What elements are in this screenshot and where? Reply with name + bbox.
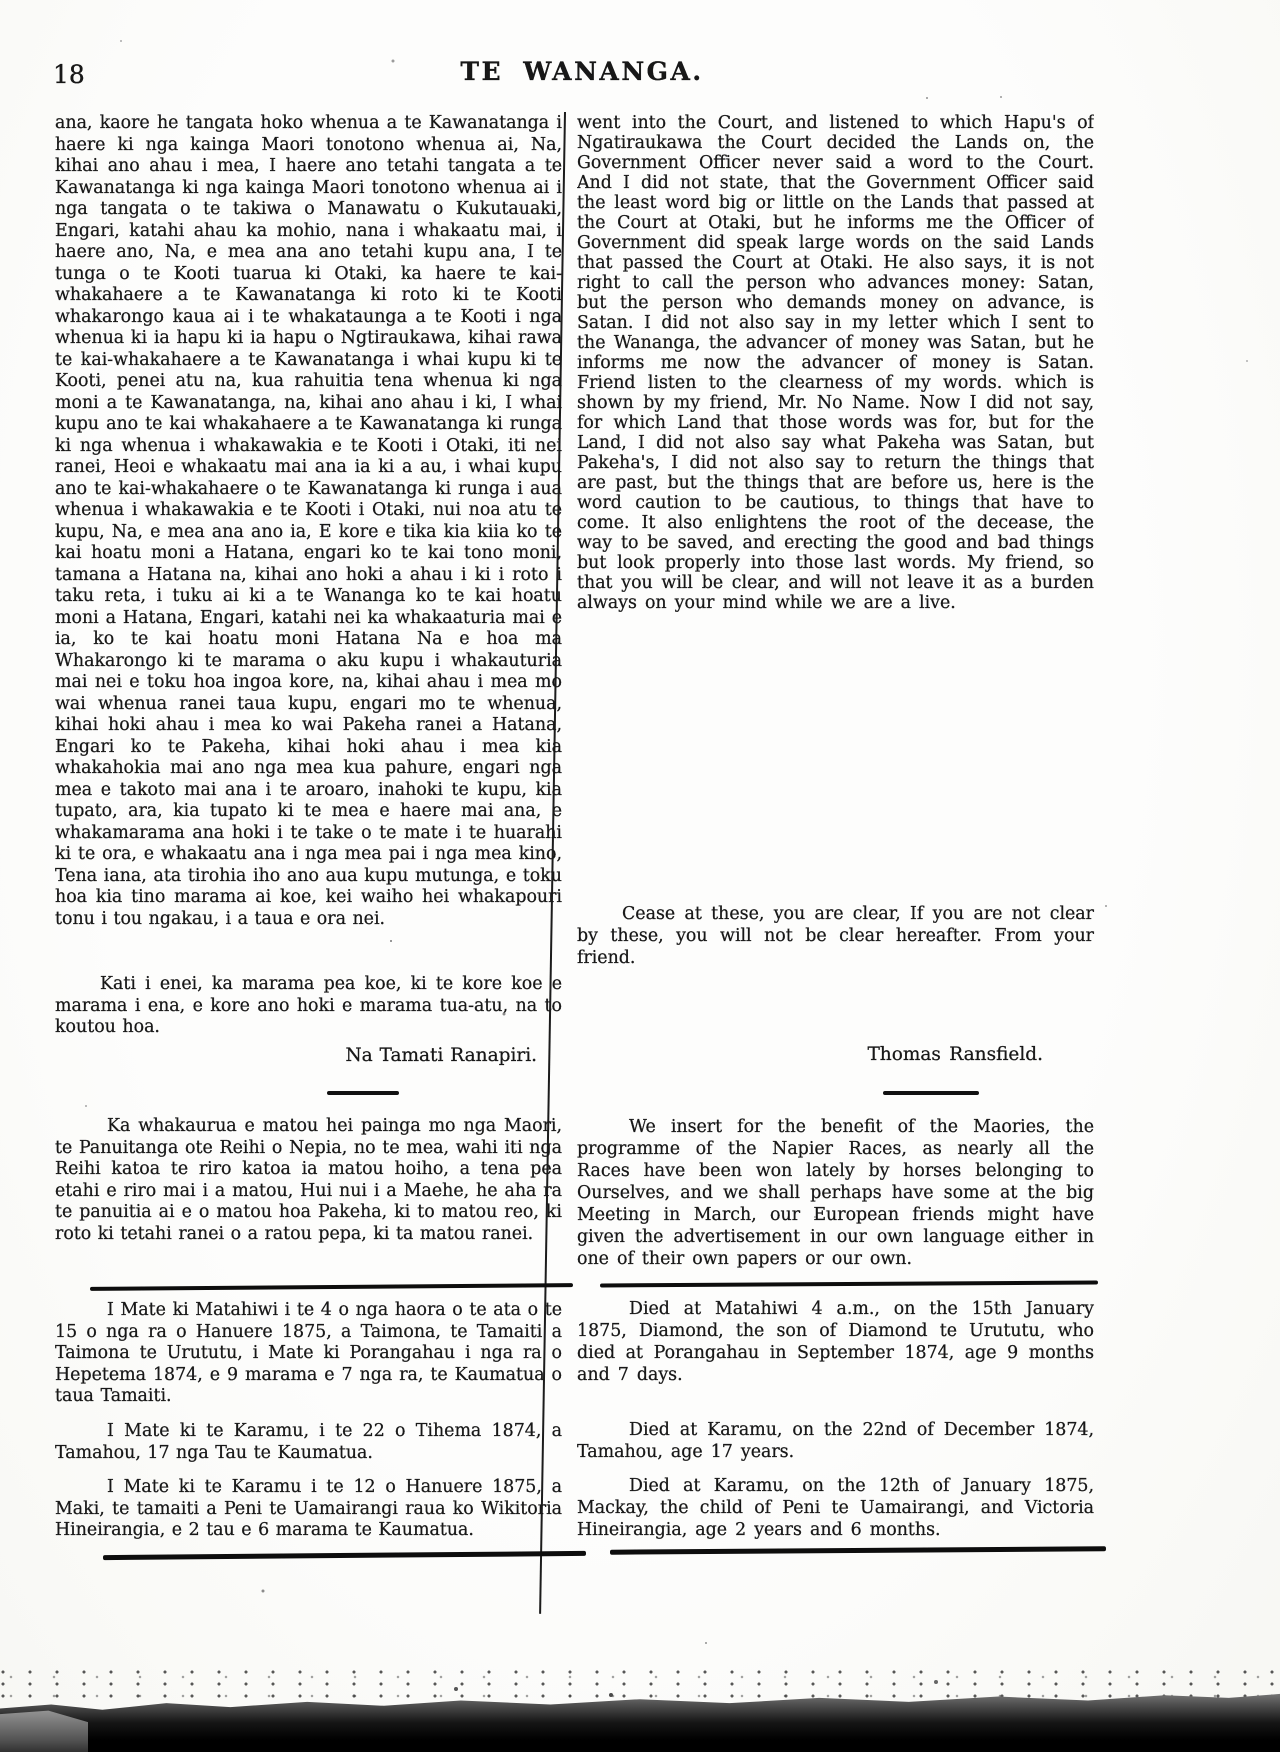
maori-death-notice: I Mate ki te Karamu i te 12 o Hanuere 18… bbox=[55, 1477, 562, 1542]
english-races-paragraph: We insert for the benefit of the Maories… bbox=[577, 1116, 1094, 1270]
scan-edge-speckles bbox=[0, 1668, 1280, 1700]
maori-races-paragraph: Ka whakaurua e matou hei painga mo nga M… bbox=[55, 1116, 562, 1245]
english-section-divider-rule bbox=[883, 1091, 979, 1095]
page-title: TE WANANGA. bbox=[0, 57, 1164, 86]
english-death-notice: Died at Karamu, on the 12th of January 1… bbox=[577, 1475, 1094, 1541]
maori-bottom-rule bbox=[103, 1551, 586, 1560]
english-bottom-rule bbox=[610, 1546, 1106, 1554]
english-letter-body: went into the Court, and listened to whi… bbox=[577, 113, 1094, 613]
english-section-rule bbox=[600, 1280, 1098, 1287]
maori-death-notice: I Mate ki te Karamu, i te 22 o Tihema 18… bbox=[55, 1421, 562, 1464]
english-death-notice: Died at Matahiwi 4 a.m., on the 15th Jan… bbox=[577, 1298, 1094, 1386]
english-letter-signature: Thomas Ransfield. bbox=[577, 1044, 1094, 1066]
maori-section-rule bbox=[90, 1283, 573, 1291]
english-death-notice: Died at Karamu, on the 22nd of December … bbox=[577, 1419, 1094, 1463]
maori-letter-closing: Kati i enei, ka marama pea koe, ki te ko… bbox=[55, 974, 562, 1039]
newspaper-page: 18 TE WANANGA. ana, kaore he tangata hok… bbox=[0, 0, 1280, 1752]
maori-letter-body: ana, kaore he tangata hoko whenua a te K… bbox=[55, 113, 562, 930]
maori-death-notice: I Mate ki Matahiwi i te 4 o nga haora o … bbox=[55, 1300, 562, 1408]
maori-section-divider-rule bbox=[327, 1091, 399, 1095]
maori-letter-signature: Na Tamati Ranapiri. bbox=[55, 1045, 562, 1067]
scan-speckles bbox=[0, 0, 2, 2]
scan-edge-corner bbox=[0, 1708, 88, 1752]
english-letter-closing: Cease at these, you are clear, If you ar… bbox=[577, 903, 1094, 969]
